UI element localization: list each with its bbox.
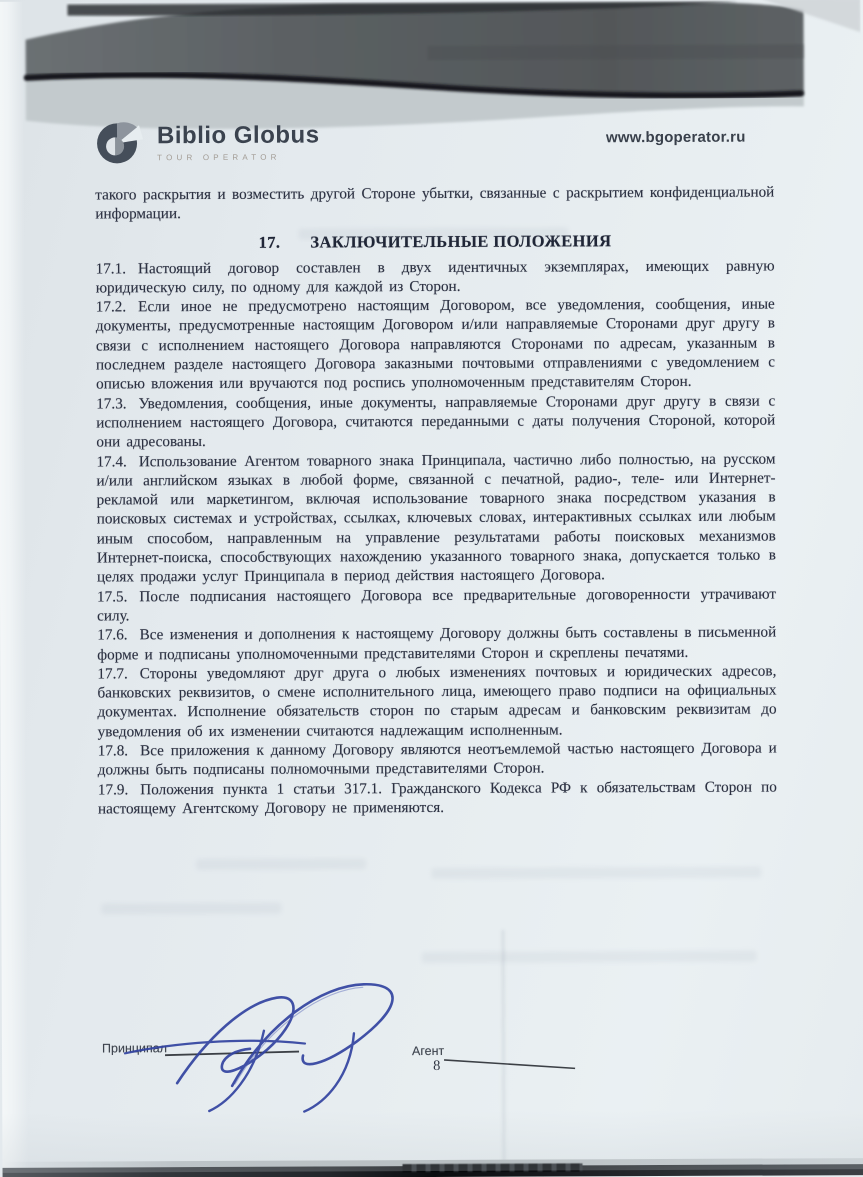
paper-left-edge bbox=[0, 2, 29, 1177]
clause-17-6: 17.6.Все изменения и дополнения к настоя… bbox=[97, 623, 776, 665]
website-url: www.bgoperator.ru bbox=[606, 129, 746, 147]
bleed-through-smudge bbox=[422, 951, 757, 963]
scanned-contract-page: Biblio Globus TOUR OPERATOR www.bgoperat… bbox=[0, 0, 863, 1177]
clause-17-9: 17.9.Положения пункта 1 статьи 317.1. Гр… bbox=[98, 777, 777, 819]
clause-17-8: 17.8.Все приложения к данному Договору я… bbox=[98, 739, 777, 781]
clause-17-1: 17.1.Настоящий договор составлен в двух … bbox=[96, 256, 775, 298]
intro-paragraph: такого раскрытия и возместить другой Сто… bbox=[95, 183, 774, 225]
clause-17-2: 17.2.Если иное не предусмотрено настоящи… bbox=[96, 295, 775, 394]
bleed-through-smudge bbox=[431, 867, 761, 879]
letterhead-header: Biblio Globus TOUR OPERATOR www.bgoperat… bbox=[93, 115, 773, 170]
globe-pie-icon bbox=[93, 117, 143, 167]
contract-body: такого раскрытия и возместить другой Сто… bbox=[95, 183, 777, 819]
clause-17-7: 17.7.Стороны уведомляют друг друга о люб… bbox=[97, 661, 776, 741]
bleed-through-smudge bbox=[196, 858, 366, 870]
biblio-globus-logo: Biblio Globus TOUR OPERATOR bbox=[93, 116, 320, 167]
brand-tagline: TOUR OPERATOR bbox=[157, 152, 320, 162]
section-number: 17. bbox=[259, 232, 281, 251]
brand-name: Biblio Globus bbox=[157, 121, 320, 150]
clause-17-3: 17.3.Уведомления, сообщения, иные докуме… bbox=[96, 391, 775, 452]
clause-17-5: 17.5.После подписания настоящего Договор… bbox=[97, 584, 776, 626]
bleed-through-smudge bbox=[101, 903, 281, 915]
bleed-through-smudge bbox=[298, 227, 568, 239]
paper-bottom-shadow bbox=[2, 1109, 863, 1173]
clause-17-4: 17.4.Использование Агентом товарного зна… bbox=[96, 449, 776, 587]
